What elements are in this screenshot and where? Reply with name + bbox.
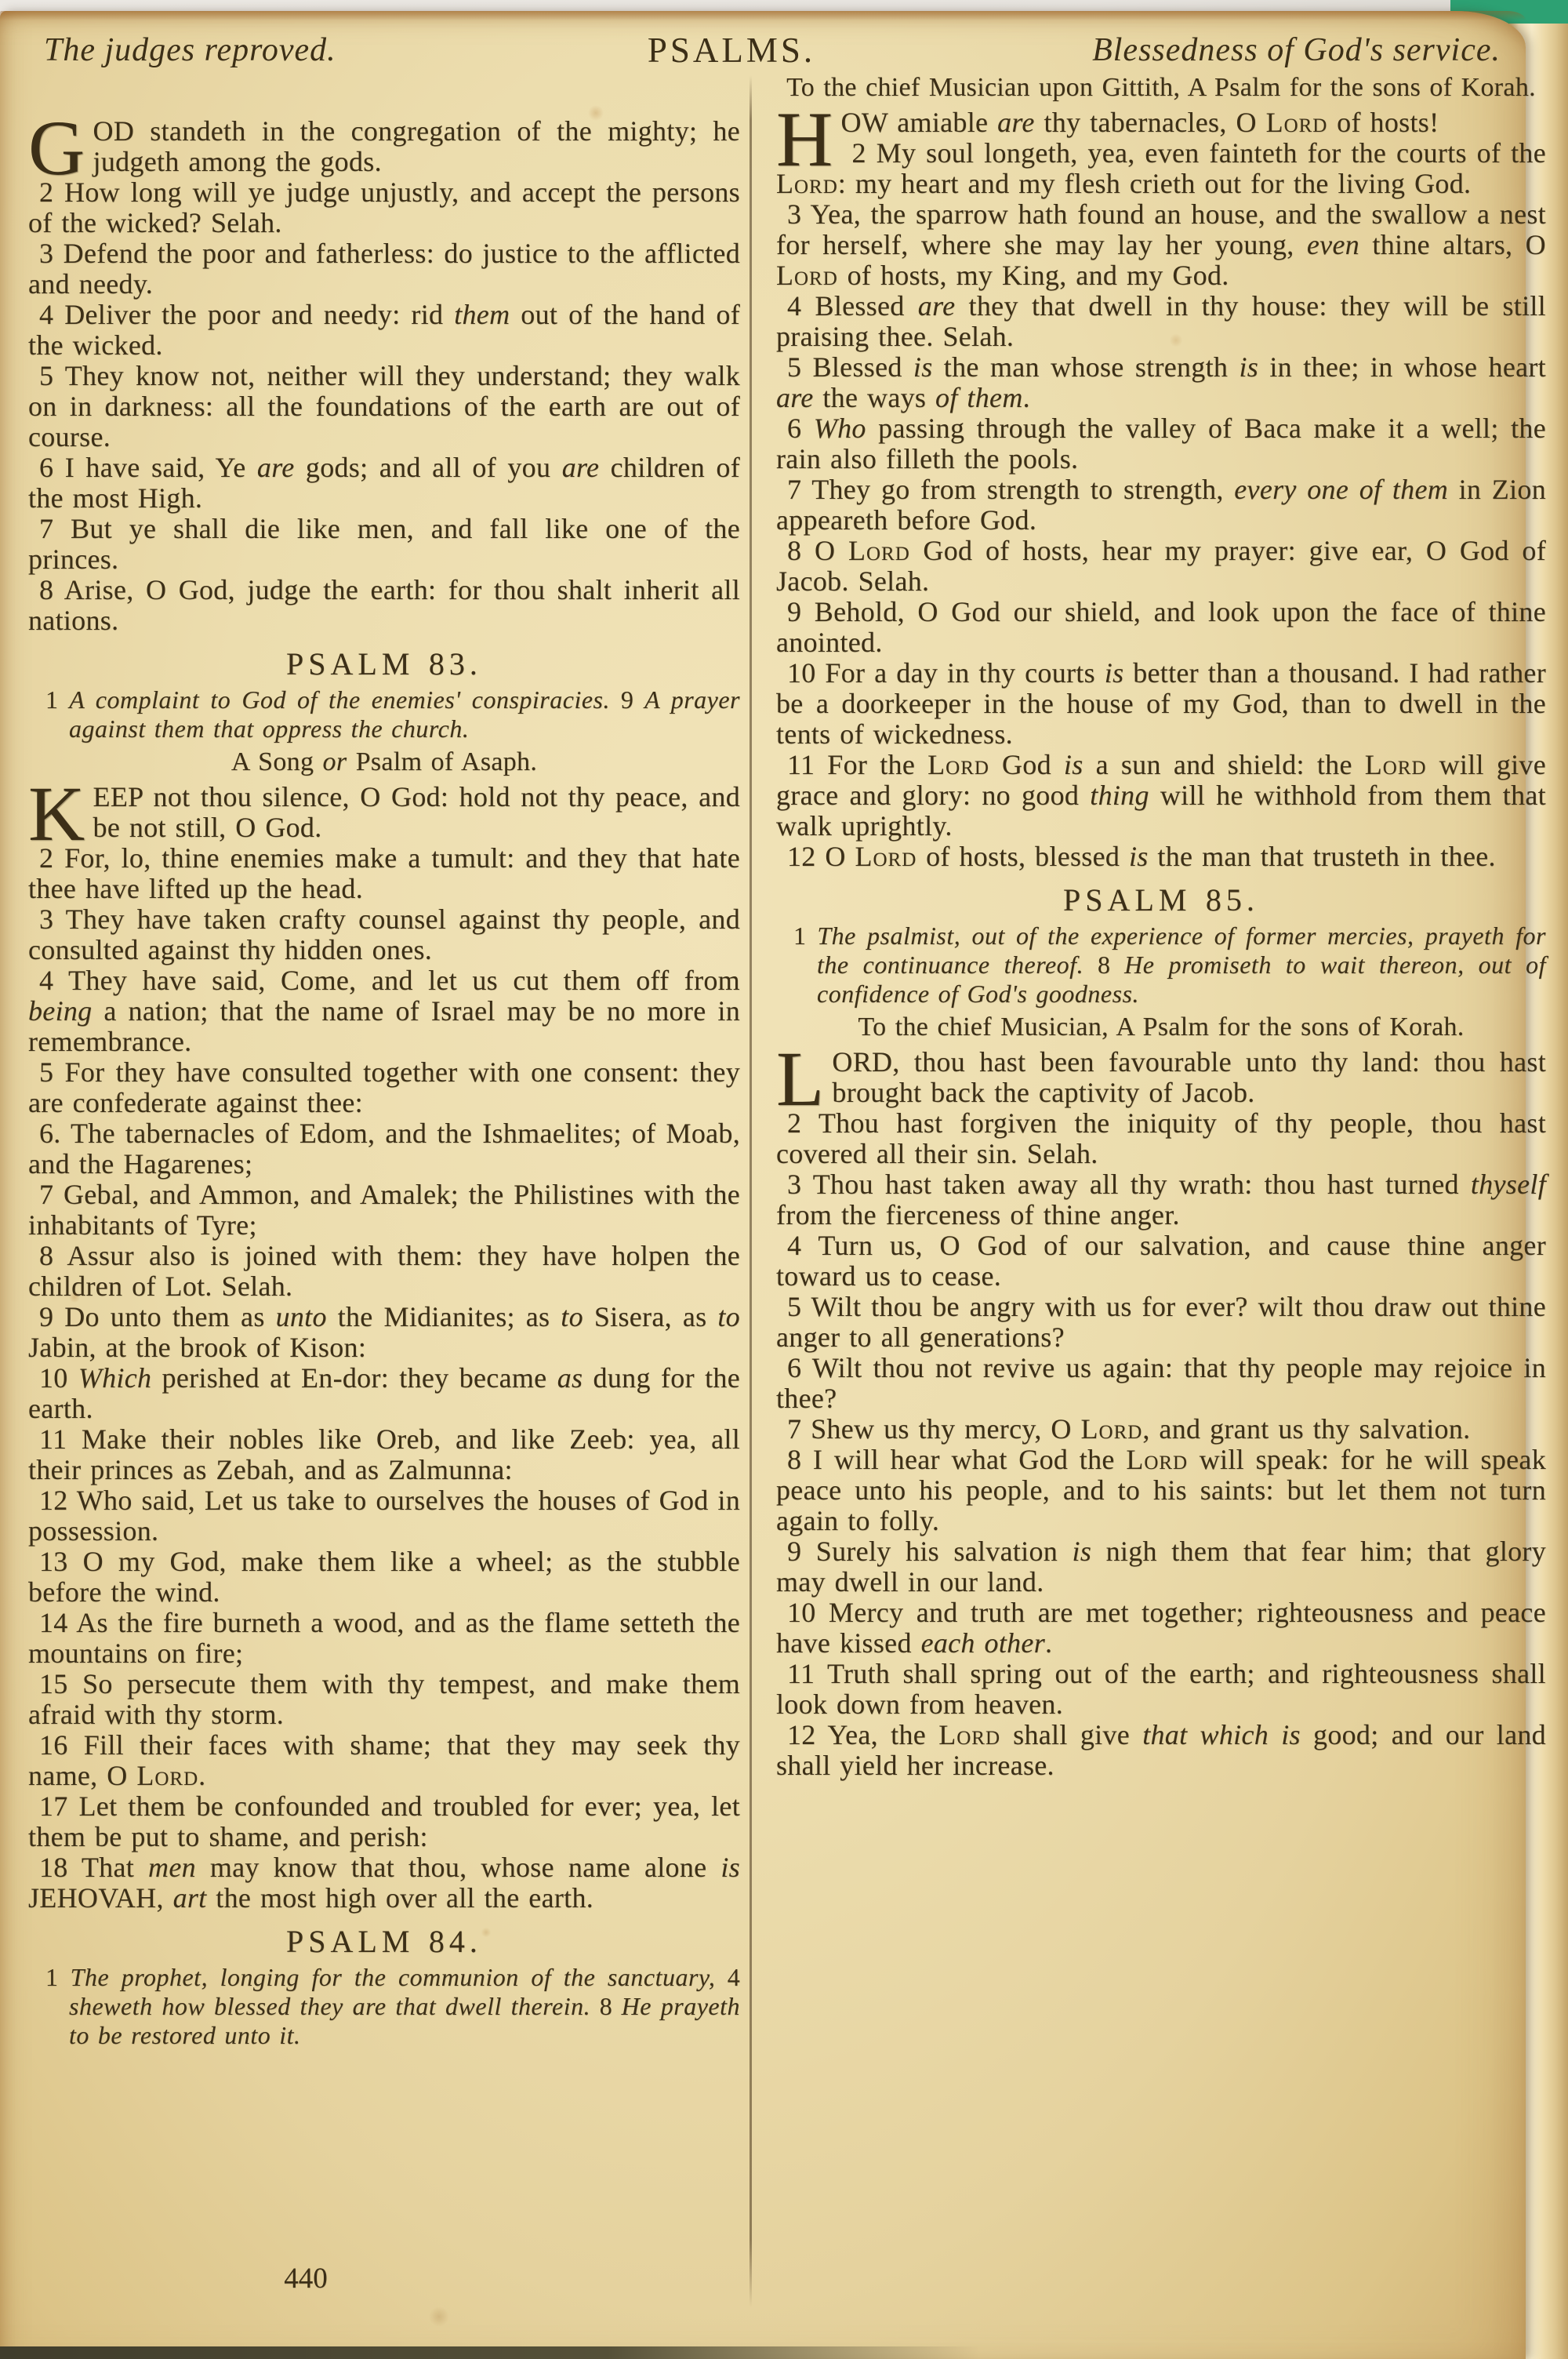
verse: 3 Defend the poor and fatherless: do jus… bbox=[28, 238, 740, 300]
drop-cap-initial: L bbox=[776, 1047, 832, 1108]
verse: 4 Turn us, O God of our salvation, and c… bbox=[776, 1230, 1546, 1292]
verse: 2 Thou hast forgiven the iniquity of thy… bbox=[776, 1108, 1546, 1169]
verse: 7 Gebal, and Ammon, and Amalek; the Phil… bbox=[28, 1179, 740, 1241]
verse: HOW amiable are thy tabernacles, O Lord … bbox=[776, 107, 1546, 138]
verse: 11 For the Lord God is a sun and shield:… bbox=[776, 750, 1546, 841]
verse: 10 Which perished at En-dor: they became… bbox=[28, 1363, 740, 1424]
column-right: To the chief Musician upon Gittith, A Ps… bbox=[776, 71, 1546, 1781]
verse: 3 They have taken crafty counsel against… bbox=[28, 904, 740, 965]
verse: 17 Let them be confounded and troubled f… bbox=[28, 1791, 740, 1852]
verse: 15 So persecute them with thy tempest, a… bbox=[28, 1669, 740, 1730]
backdrop-bottom-edge bbox=[0, 2346, 980, 2359]
drop-cap-initial: K bbox=[28, 782, 93, 843]
psalm-summary: 1 The prophet, longing for the communion… bbox=[28, 1963, 740, 2050]
running-head-right: Blessedness of God's service. bbox=[1092, 31, 1501, 69]
verse: 13 O my God, make them like a wheel; as … bbox=[28, 1547, 740, 1608]
column-divider-rule bbox=[750, 75, 752, 2307]
psalm-heading: PSALM 85. bbox=[776, 885, 1546, 915]
verse: KEEP not thou silence, O God: hold not t… bbox=[28, 782, 740, 843]
verse: 12 Who said, Let us take to ourselves th… bbox=[28, 1485, 740, 1547]
drop-cap-initial: G bbox=[28, 116, 93, 177]
psalm-heading: PSALM 84. bbox=[28, 1926, 740, 1957]
psalm-inscription: To the chief Musician upon Gittith, A Ps… bbox=[776, 72, 1546, 103]
verse: 3 Thou hast taken away all thy wrath: th… bbox=[776, 1169, 1546, 1230]
verse: 8 I will hear what God the Lord will spe… bbox=[776, 1445, 1546, 1536]
verse: 4 Blessed are they that dwell in thy hou… bbox=[776, 291, 1546, 352]
verse: 10 For a day in thy courts is better tha… bbox=[776, 658, 1546, 750]
column-left: GOD standeth in the congregation of the … bbox=[28, 116, 740, 2053]
running-head-left: The judges reproved. bbox=[44, 31, 336, 69]
book-page: The judges reproved. PSALMS. Blessedness… bbox=[0, 11, 1526, 2359]
verse: 12 O Lord of hosts, blessed is the man t… bbox=[776, 841, 1546, 872]
verse: 6 Wilt thou not revive us again: that th… bbox=[776, 1353, 1546, 1414]
verse: 10 Mercy and truth are met together; rig… bbox=[776, 1598, 1546, 1659]
verse: 9 Behold, O God our shield, and look upo… bbox=[776, 597, 1546, 658]
verse: 7 But ye shall die like men, and fall li… bbox=[28, 514, 740, 575]
verse: 6 I have said, Ye are gods; and all of y… bbox=[28, 453, 740, 514]
verse: 12 Yea, the Lord shall give that which i… bbox=[776, 1720, 1546, 1781]
verse: 5 Blessed is the man whose strength is i… bbox=[776, 352, 1546, 413]
verse: GOD standeth in the congregation of the … bbox=[28, 116, 740, 177]
verse: 2 How long will ye judge unjustly, and a… bbox=[28, 177, 740, 238]
verse: 5 For they have consulted together with … bbox=[28, 1057, 740, 1118]
verse: 14 As the fire burneth a wood, and as th… bbox=[28, 1608, 740, 1669]
verse: 9 Do unto them as unto the Midianites; a… bbox=[28, 1302, 740, 1363]
psalm-heading: PSALM 83. bbox=[28, 649, 740, 679]
verse: 2 My soul longeth, yea, even fainteth fo… bbox=[776, 138, 1546, 199]
running-head-title: PSALMS. bbox=[648, 30, 815, 71]
verse: 4 They have said, Come, and let us cut t… bbox=[28, 965, 740, 1057]
drop-cap-initial: H bbox=[776, 107, 841, 169]
verse: 11 Truth shall spring out of the earth; … bbox=[776, 1659, 1546, 1720]
verse: 7 Shew us thy mercy, O Lord, and grant u… bbox=[776, 1414, 1546, 1445]
verse: 4 Deliver the poor and needy: rid them o… bbox=[28, 300, 740, 361]
verse: 6. The tabernacles of Edom, and the Ishm… bbox=[28, 1118, 740, 1179]
psalm-inscription: A Song or Psalm of Asaph. bbox=[28, 747, 740, 777]
verse: 5 Wilt thou be angry with us for ever? w… bbox=[776, 1292, 1546, 1353]
verse: 5 They know not, neither will they under… bbox=[28, 361, 740, 453]
verse: 8 O Lord God of hosts, hear my prayer: g… bbox=[776, 536, 1546, 597]
running-header: The judges reproved. PSALMS. Blessedness… bbox=[31, 30, 1505, 74]
psalm-summary: 1 A complaint to God of the enemies' con… bbox=[28, 685, 740, 743]
verse: LORD, thou hast been favourable unto thy… bbox=[776, 1047, 1546, 1108]
verse: 8 Arise, O God, judge the earth: for tho… bbox=[28, 575, 740, 636]
verse: 11 Make their nobles like Oreb, and like… bbox=[28, 1424, 740, 1485]
verse: 9 Surely his salvation is nigh them that… bbox=[776, 1536, 1546, 1598]
verse: 7 They go from strength to strength, eve… bbox=[776, 474, 1546, 536]
psalm-summary: 1 The psalmist, out of the experience of… bbox=[776, 921, 1546, 1009]
bible-page-photo: The judges reproved. PSALMS. Blessedness… bbox=[0, 0, 1568, 2359]
verse: 18 That men may know that thou, whose na… bbox=[28, 1852, 740, 1914]
verse: 3 Yea, the sparrow hath found an house, … bbox=[776, 199, 1546, 291]
page-number: 440 bbox=[235, 2262, 376, 2295]
verse: 16 Fill their faces with shame; that the… bbox=[28, 1730, 740, 1791]
verse: 8 Assur also is joined with them: they h… bbox=[28, 1241, 740, 1302]
verse: 6 Who passing through the valley of Baca… bbox=[776, 413, 1546, 474]
psalm-inscription: To the chief Musician, A Psalm for the s… bbox=[776, 1012, 1546, 1042]
verse: 2 For, lo, thine enemies make a tumult: … bbox=[28, 843, 740, 904]
